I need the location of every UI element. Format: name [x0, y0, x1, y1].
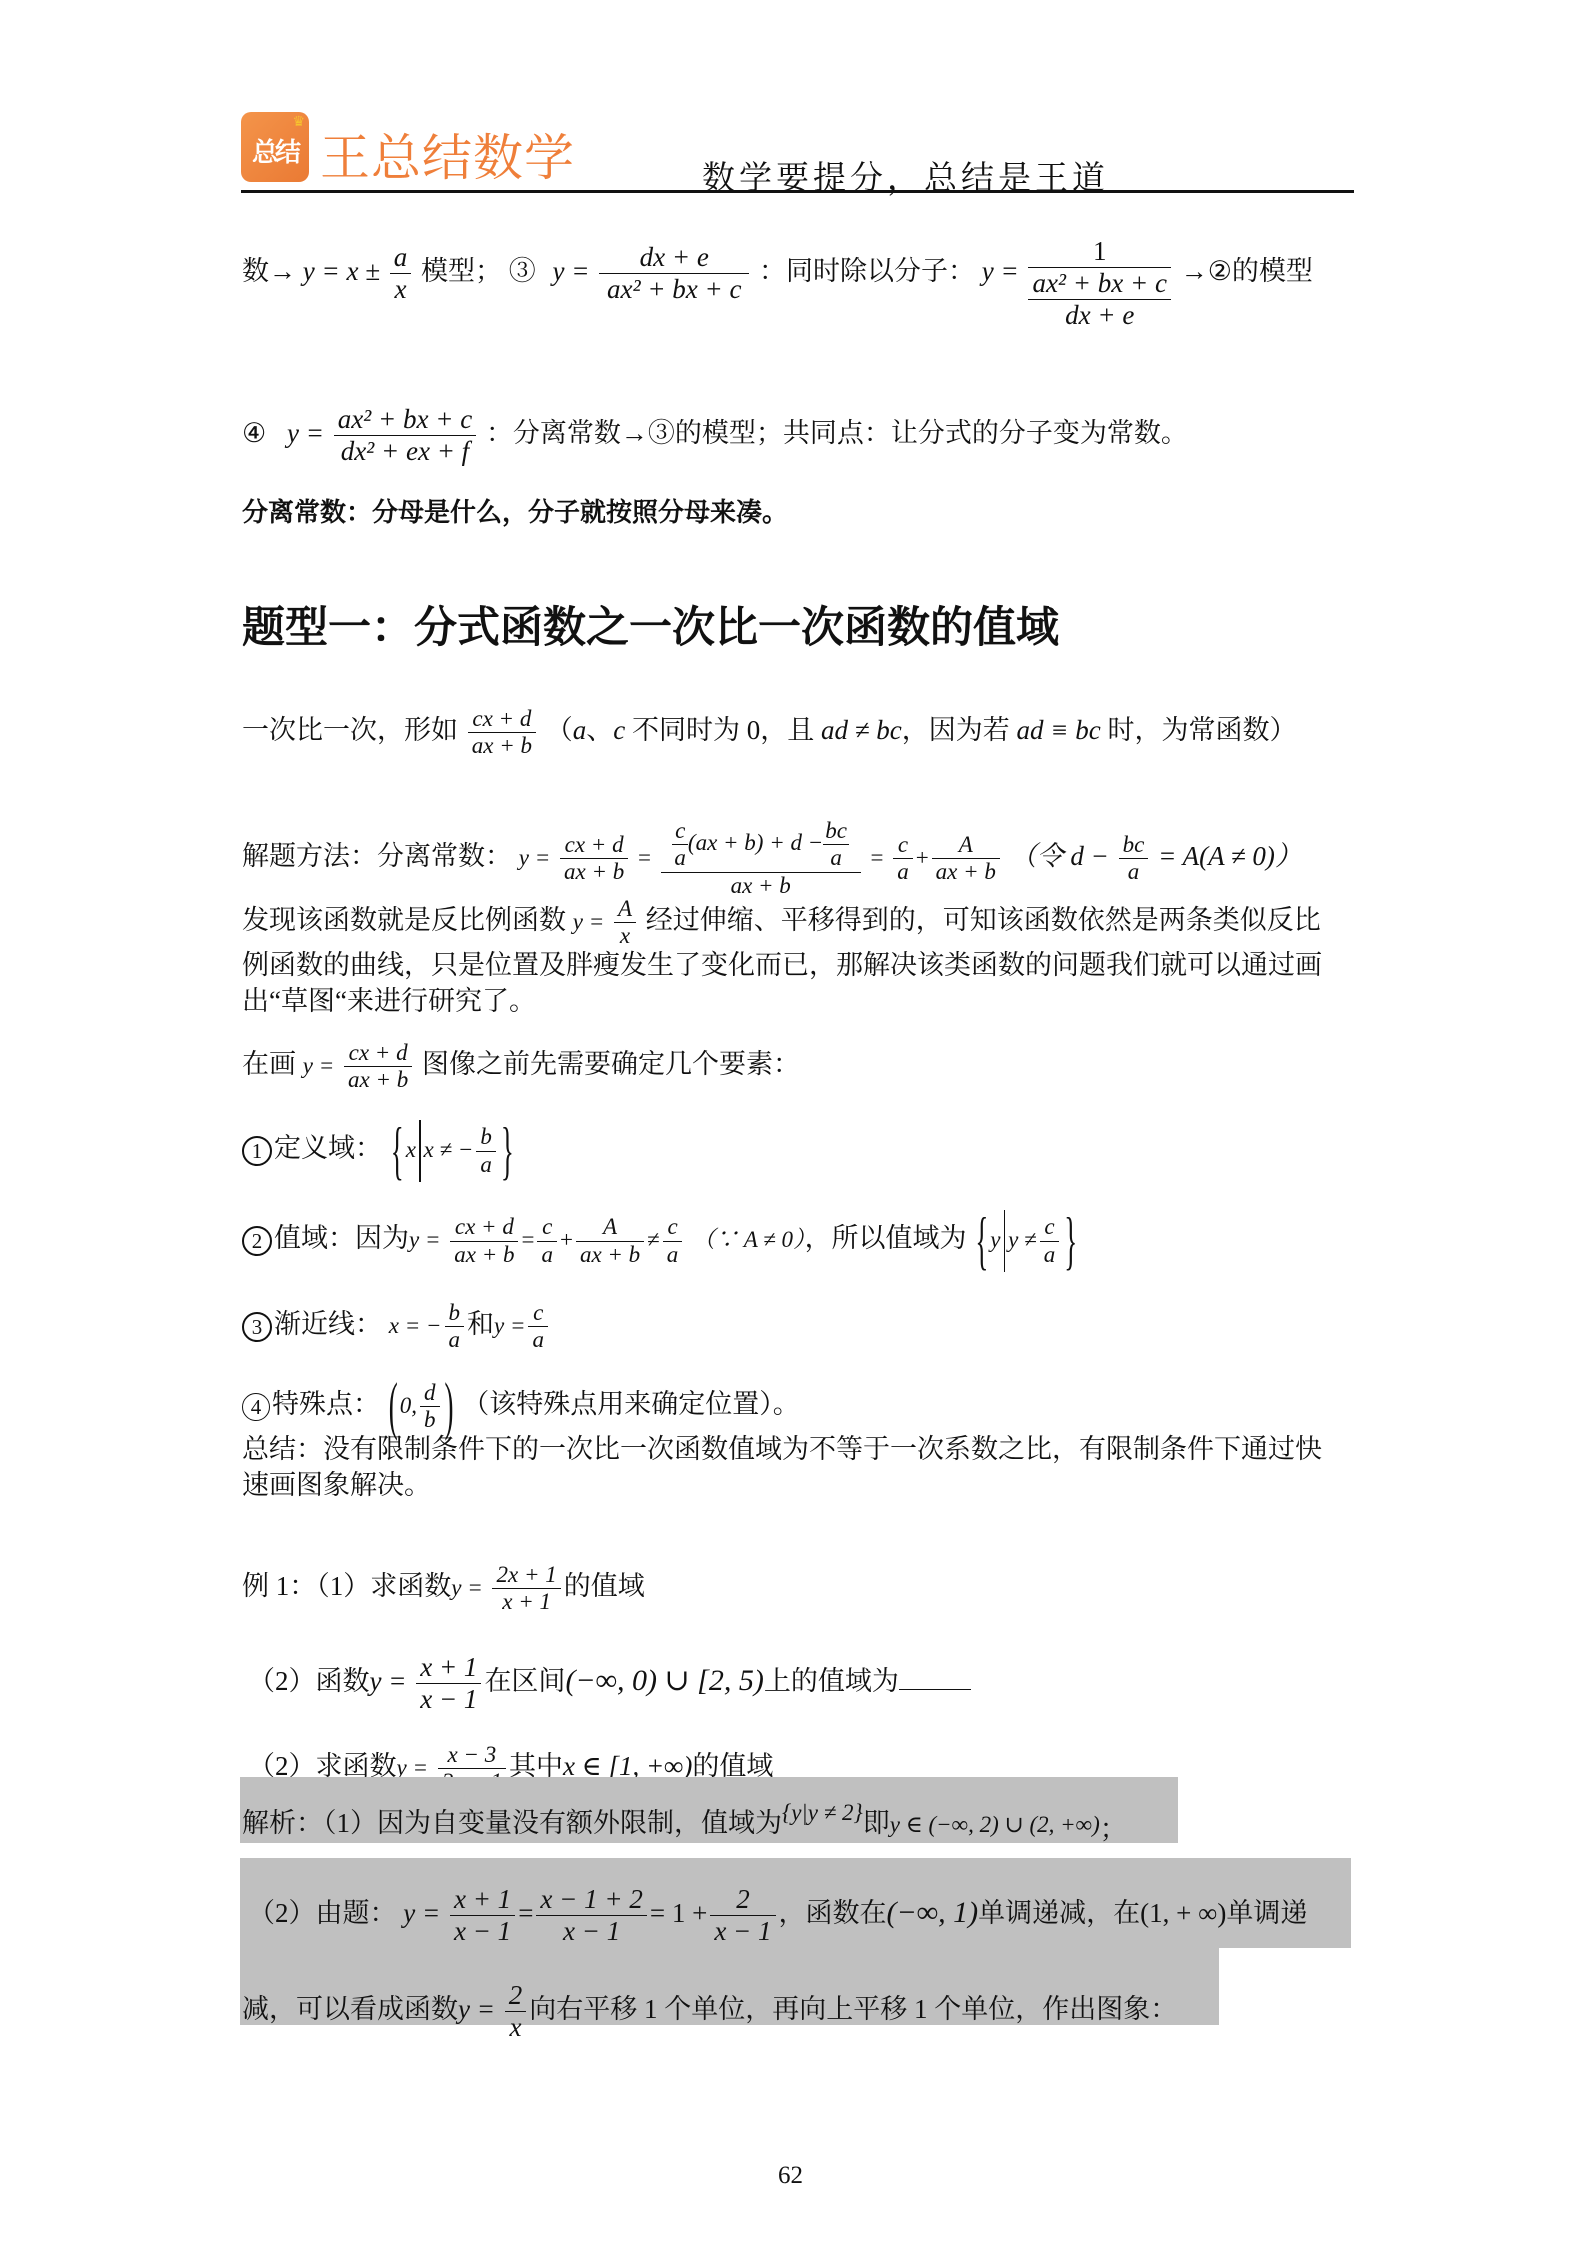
fraction: x − 1 + 2x − 1 — [536, 1884, 646, 1947]
brand-name: 王总结数学 — [320, 118, 575, 190]
circled-number-3: 3 — [242, 1312, 272, 1342]
fraction: cx + dax + b — [468, 706, 536, 760]
summary-line-1: 总结：没有限制条件下的一次比一次函数值域为不等于一次系数之比，有限制条件下通过快 — [242, 1436, 1322, 1463]
text: 数→ — [242, 256, 296, 286]
text: ：分离常数→③的模型；共同点：让分式的分子变为常数。 — [486, 418, 1188, 448]
circled-number-1: 1 — [242, 1136, 272, 1166]
method-line: 解题方法：分离常数： y = cx + dax + b = ca(ax + b)… — [242, 818, 1302, 899]
fraction: x + 1x − 1 — [416, 1652, 481, 1715]
definition-line: 一次比一次，形如 cx + dax + b （a、c 不同时为 0，且 ad ≠… — [242, 706, 1297, 760]
text: （令 d − — [1010, 841, 1109, 871]
element-asymptotes: 3渐近线： x = −ba和y =ca — [242, 1300, 551, 1354]
fraction: 2x + 1x + 1 — [492, 1562, 560, 1616]
text: ：同时除以分子： — [759, 256, 975, 286]
example-q1: 例 1：（1）求函数y = 2x + 1x + 1的值域 — [242, 1562, 645, 1616]
fraction: ca — [1040, 1214, 1060, 1268]
text: 模型； — [421, 256, 502, 286]
text: 解题方法：分离常数： — [242, 841, 512, 871]
paragraph-1: 发现该函数就是反比例函数 y = Ax 经过伸缩、平移得到的，可知该函数依然是两… — [242, 896, 1321, 950]
analysis-2-line-2: 减，可以看成函数y = 2x向右平移 1 个单位，再向上平移 1 个单位，作出图… — [242, 1980, 1177, 2043]
logo-icon-text: 总结 — [241, 132, 309, 169]
marker: ④ — [242, 418, 266, 448]
math: y = — [553, 256, 590, 286]
fraction: ba — [445, 1300, 465, 1354]
fraction: Aax + b — [576, 1214, 644, 1268]
paragraph-1-line-3: 出“草图“来进行研究了。 — [242, 988, 536, 1015]
math: y = — [519, 845, 550, 870]
fraction: dx + eax² + bx + c — [599, 242, 749, 305]
text: = A(A ≠ 0)） — [1158, 841, 1302, 871]
crown-icon: ♛ — [292, 114, 305, 131]
fraction: Ax — [614, 896, 636, 950]
fraction: ca — [893, 832, 913, 886]
example-q2: （2）函数y = x + 1x − 1在区间(−∞, 0) ∪ [2, 5)上的… — [248, 1652, 971, 1715]
math: y = x ± — [303, 256, 380, 286]
paragraph-1-line-2: 例函数的曲线，只是位置及胖瘦发生了变化而已，那解决该类函数的问题我们就可以通过画 — [242, 952, 1322, 979]
fraction: db — [420, 1380, 440, 1434]
fraction: ca — [528, 1300, 548, 1354]
bold-note: 分离常数：分母是什么，分子就按照分母来凑。 — [242, 500, 788, 526]
text: →②的模型 — [1181, 256, 1313, 286]
analysis-2: （2）由题： y = x + 1x − 1=x − 1 + 2x − 1= 1 … — [248, 1884, 1307, 1947]
compound-fraction: 1 ax² + bx + c dx + e — [1028, 236, 1171, 331]
paragraph-2: 在画 y = cx + dax + b 图像之前先需要确定几个要素： — [242, 1040, 800, 1094]
element-range: 2值域：因为y = cx + dax + b=ca+Aax + b≠ca （∵ … — [242, 1210, 1079, 1272]
intro-line-2: ④ y = ax² + bx + cdx² + ex + f ：分离常数→③的模… — [242, 404, 1188, 467]
compound-fraction: ca(ax + b) + d −bca ax + b — [661, 818, 861, 899]
fraction: Aax + b — [932, 832, 1000, 886]
fraction: 2x − 1 — [710, 1884, 775, 1947]
summary-line-2: 速画图象解决。 — [242, 1472, 431, 1499]
fraction: ba — [476, 1124, 496, 1178]
header-divider — [241, 190, 1354, 193]
fraction: cx + dax + b — [344, 1040, 412, 1094]
math: y = — [287, 418, 324, 448]
fraction: ax — [390, 242, 412, 305]
analysis-1: 解析：（1）因为自变量没有额外限制，值域为{y|y ≠ 2}即y ∈ (−∞, … — [242, 1810, 1127, 1837]
fraction: bca — [1119, 832, 1149, 886]
element-special-point: 4特殊点： (0,db) （该特殊点用来确定位置）。 — [242, 1380, 800, 1434]
logo-icon: ♛ 总结 — [241, 112, 309, 182]
fraction: ca — [663, 1214, 683, 1268]
fraction: ax² + bx + cdx² + ex + f — [334, 404, 477, 467]
fraction: 2x — [505, 1980, 527, 2043]
section-title: 题型一：分式函数之一次比一次函数的值域 — [242, 594, 1059, 655]
math: y = — [982, 256, 1019, 286]
circled-number-2: 2 — [242, 1226, 272, 1256]
text: 一次比一次，形如 — [242, 715, 458, 745]
fraction: cx + dax + b — [560, 832, 628, 886]
marker: ③ — [509, 256, 536, 286]
fraction: x + 1x − 1 — [450, 1884, 515, 1947]
element-domain: 1定义域： {xx ≠ −ba} — [242, 1120, 516, 1182]
fraction: ca — [537, 1214, 557, 1268]
page-number: 62 — [778, 2162, 803, 2190]
answer-blank — [899, 1667, 971, 1690]
intro-line-1: 数→ y = x ± ax 模型； ③ y = dx + eax² + bx +… — [242, 236, 1313, 331]
circled-number-4: 4 — [242, 1393, 270, 1421]
fraction: cx + dax + b — [450, 1214, 518, 1268]
